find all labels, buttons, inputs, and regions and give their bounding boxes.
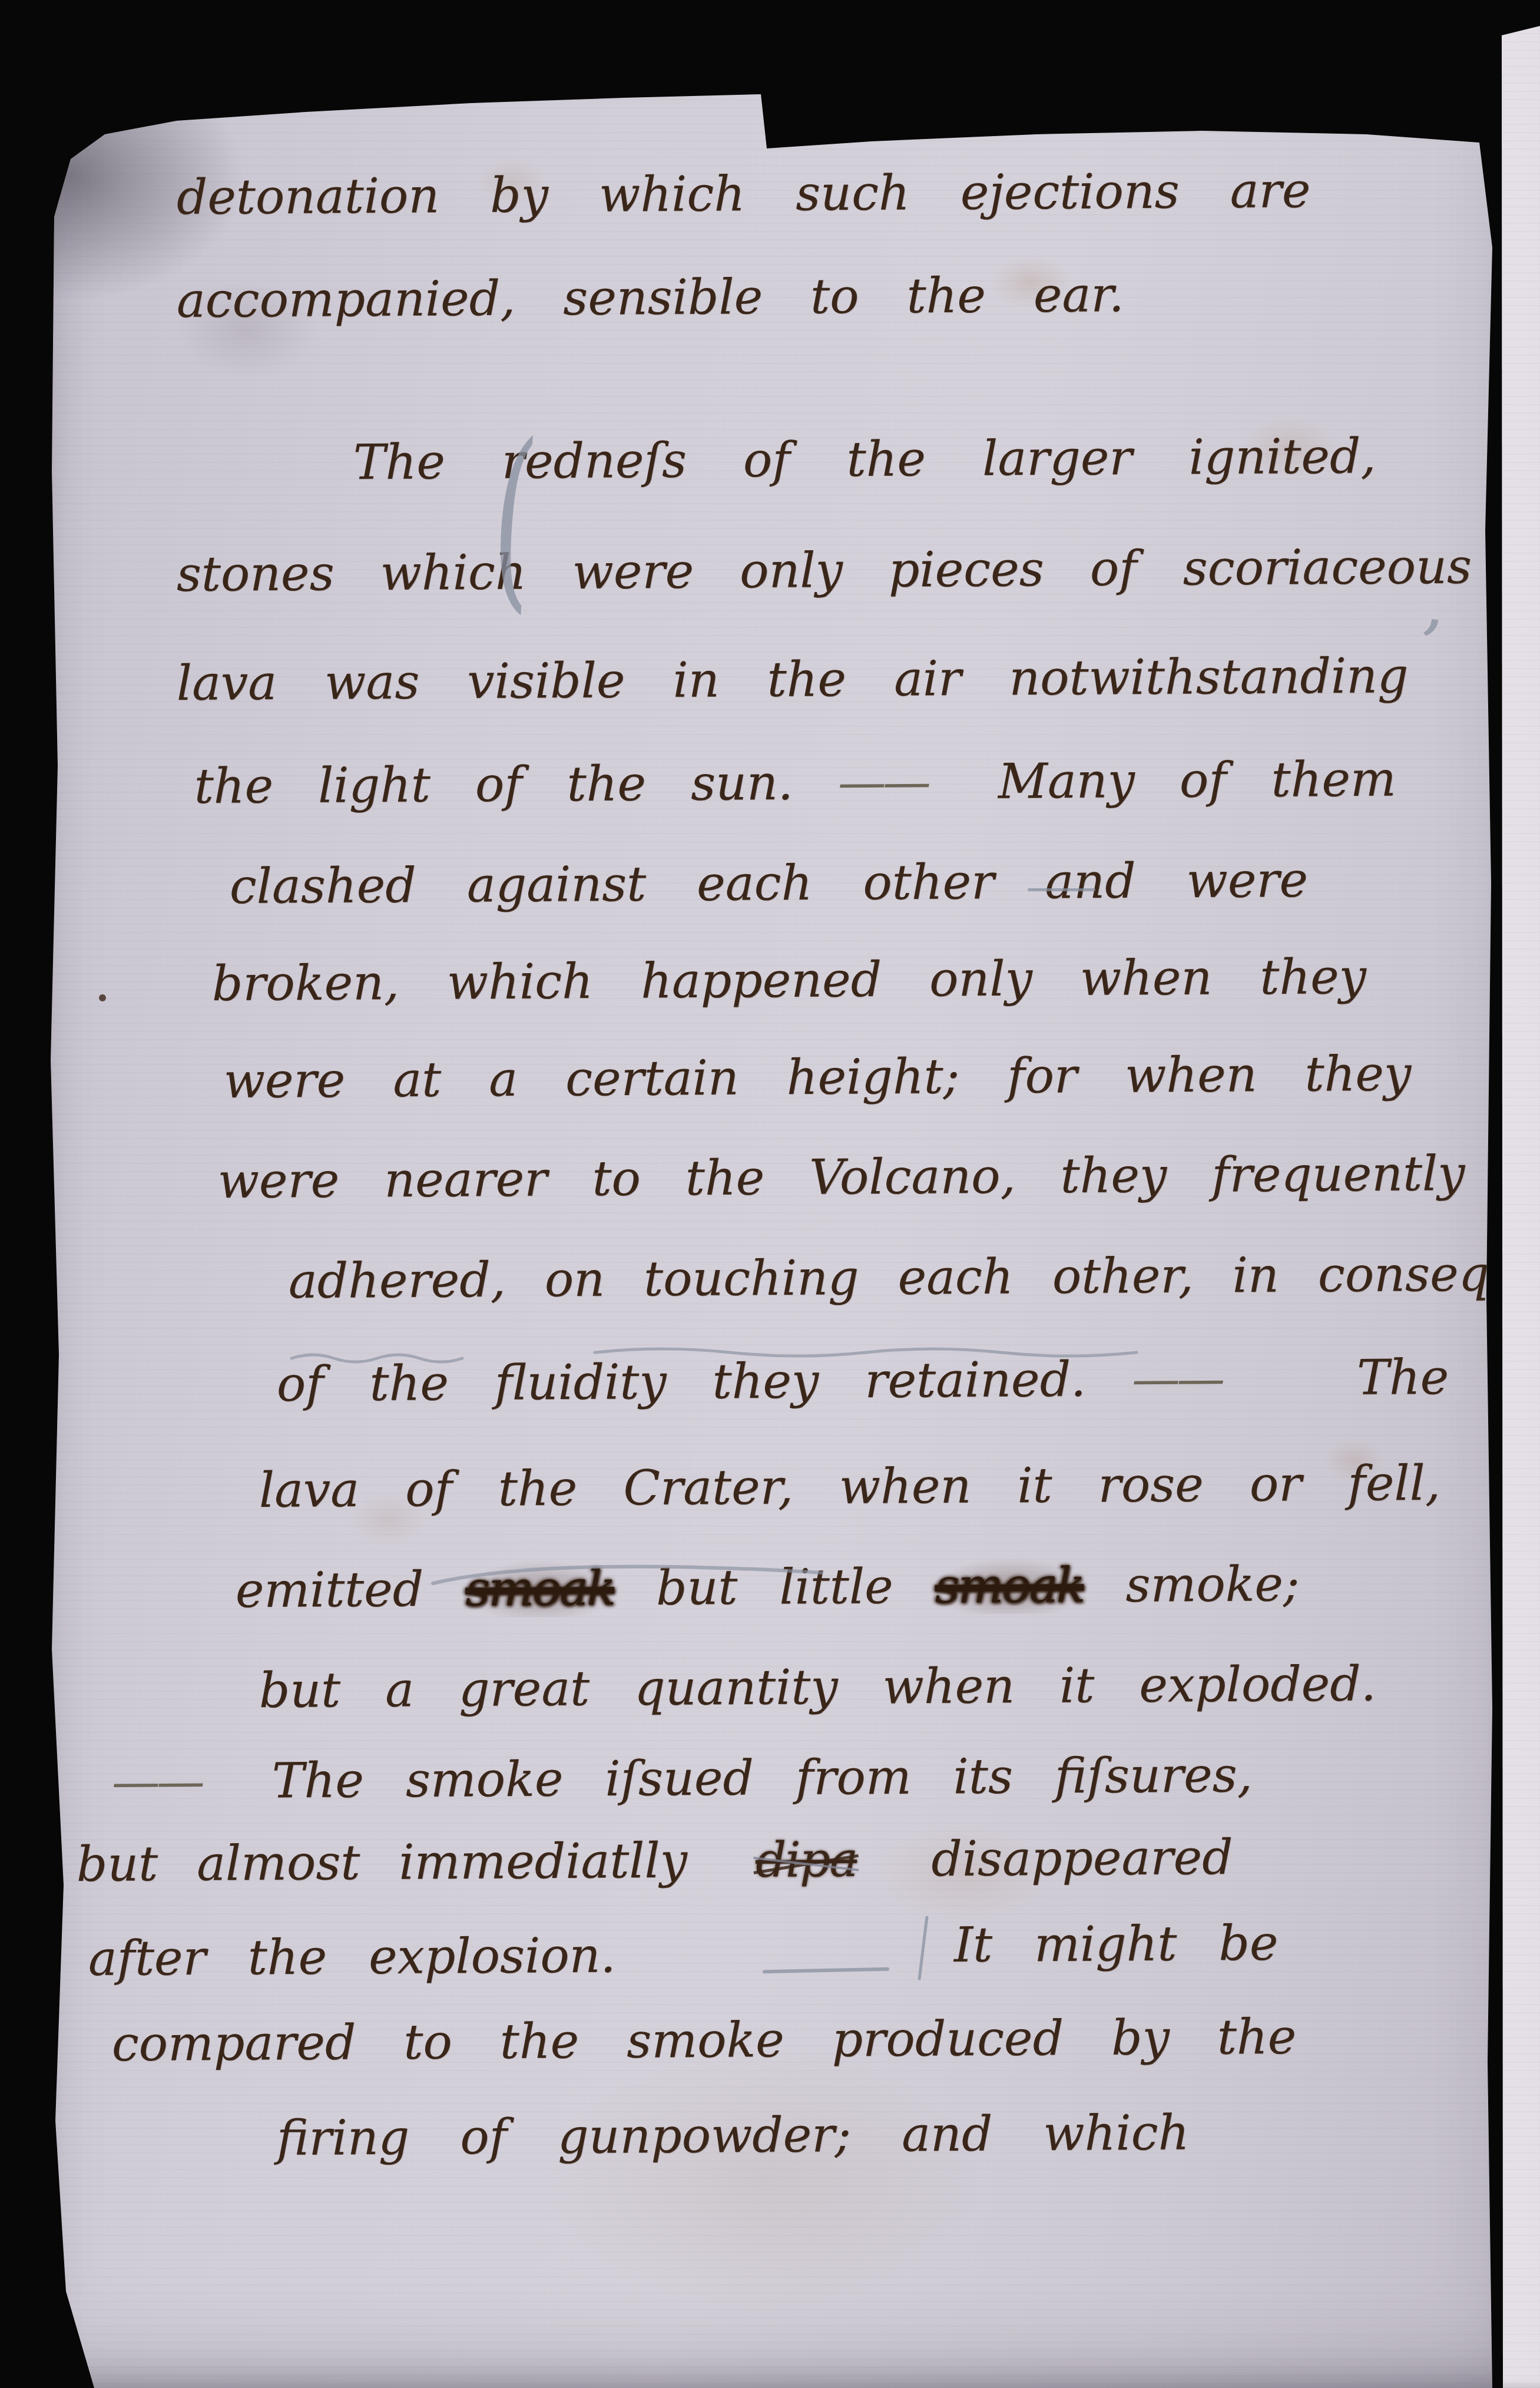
handwriting-text: the light of the sun. bbox=[194, 755, 838, 815]
manuscript-line: accompanied, sensible to the ear. bbox=[176, 271, 1124, 325]
manuscript-line: adhered, on touching each other, in cons… bbox=[288, 1249, 1540, 1306]
manuscript-line: lava of the Crater, when it rose or fell… bbox=[259, 1460, 1440, 1515]
manuscript-line: after the explosion. bbox=[88, 1932, 615, 1983]
handwriting-text: but almost immediatlly bbox=[76, 1833, 726, 1893]
pencil-dash-after-explosion bbox=[763, 1967, 889, 1974]
handwriting-text: stones which were only pieces of scoriac… bbox=[176, 539, 1472, 603]
handwriting-text: compared to the smoke produced by the bbox=[111, 2009, 1296, 2072]
handwriting-text: The bbox=[1357, 1350, 1449, 1406]
manuscript-line: but almost immediatlly dipa disappeared bbox=[76, 1834, 1233, 1889]
handwriting-text: smoke; bbox=[1084, 1556, 1300, 1613]
manuscript-line: the light of the sun. ——Many of them bbox=[194, 756, 1396, 811]
handwriting-text: firing of gunpowder; and which bbox=[276, 2105, 1189, 2167]
manuscript-photo: 4 detonation by which such ejections are… bbox=[0, 0, 1540, 2388]
page-number: 4 bbox=[266, 34, 283, 66]
handwriting-text: but a great quantity when it exploded. bbox=[259, 1656, 1376, 1719]
pencil-paren-mark: ( bbox=[489, 419, 538, 618]
handwriting-text: after the explosion. bbox=[88, 1928, 615, 1987]
spacing-gap bbox=[1221, 1394, 1357, 1395]
handwriting-text: adhered, on touching each other, in cons… bbox=[288, 1245, 1540, 1309]
handwriting-text: were nearer to the Volcano, they frequen… bbox=[217, 1146, 1465, 1209]
handwriting-text: emitted bbox=[235, 1562, 465, 1619]
manuscript-line: ——The smoke iſsued from its fiſsures, bbox=[111, 1751, 1252, 1807]
pencil-swoosh-fluidity bbox=[433, 1560, 822, 1595]
handwriting-text: detonation by which such ejections are bbox=[176, 163, 1310, 226]
handwriting-text: accompanied, sensible to the ear. bbox=[176, 267, 1124, 329]
manuscript-line: clashed against each other and were bbox=[229, 856, 1308, 911]
manuscript-line: stones which were only pieces of scoriac… bbox=[176, 543, 1472, 599]
spacing-gap bbox=[201, 1797, 272, 1798]
handwriting-text: clashed against each other and were bbox=[229, 852, 1308, 915]
handwriting-text: The smoke iſsued from its fiſsures, bbox=[271, 1747, 1253, 1809]
manuscript-line: firing of gunpowder; and which bbox=[276, 2109, 1189, 2163]
pencil-squiggle-adhered bbox=[292, 1350, 462, 1385]
manuscript-line: compared to the smoke produced by the bbox=[111, 2013, 1296, 2069]
manuscript-line: It might be bbox=[953, 1920, 1278, 1970]
struck-out-word: smoak bbox=[935, 1557, 1084, 1615]
manuscript-line: detonation by which such ejections are bbox=[176, 167, 1310, 222]
illegible-scribbled-word: dipa bbox=[756, 1832, 857, 1888]
handwriting-text: broken, which happened only when they bbox=[211, 949, 1366, 1012]
handwriting-text: —— bbox=[1132, 1351, 1222, 1407]
manuscript-page: 4 detonation by which such ejections are… bbox=[0, 0, 1540, 2388]
handwriting-text: —— bbox=[111, 1754, 201, 1810]
spacing-gap bbox=[928, 798, 998, 799]
handwriting-text: lava of the Crater, when it rose or fell… bbox=[259, 1456, 1440, 1519]
manuscript-line: but a great quantity when it exploded. bbox=[259, 1660, 1376, 1715]
handwriting-text: —— bbox=[838, 754, 928, 811]
pencil-squiggle-touching bbox=[595, 1344, 1137, 1380]
manuscript-line: were nearer to the Volcano, they frequen… bbox=[217, 1150, 1465, 1206]
manuscript-line: were at a certain height; for when they bbox=[223, 1050, 1411, 1106]
handwriting-text: disappeared bbox=[892, 1830, 1233, 1888]
manuscript-line: broken, which happened only when they bbox=[211, 953, 1366, 1008]
ink-dot-margin bbox=[99, 994, 106, 1001]
handwriting-text: lava was visible in the air notwithstand… bbox=[176, 648, 1408, 712]
pencil-tick-before-it bbox=[918, 1916, 928, 1980]
handwriting-text: were at a certain height; for when they bbox=[223, 1046, 1411, 1109]
manuscript-line: lava was visible in the air notwithstand… bbox=[176, 652, 1408, 708]
handwriting-text: Many of them bbox=[998, 752, 1396, 810]
handwriting-text: It might be bbox=[953, 1916, 1278, 1973]
pencil-underline-air bbox=[1028, 888, 1095, 891]
